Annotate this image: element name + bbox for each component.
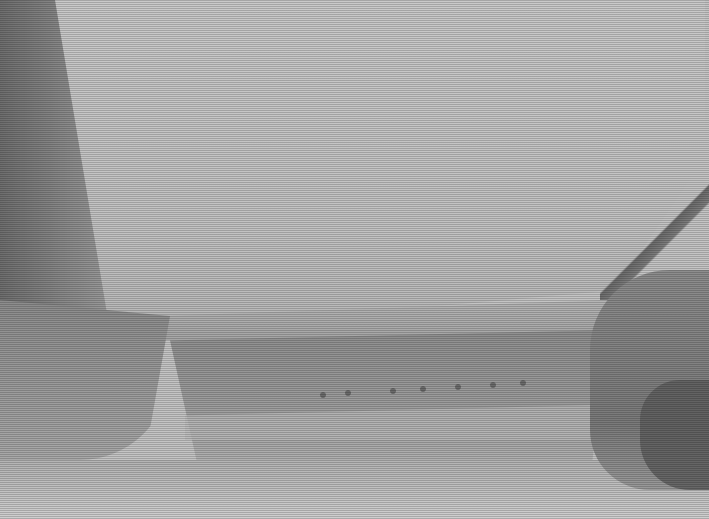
box-dot <box>320 392 326 398</box>
box-dot <box>490 382 496 388</box>
box-dot <box>390 388 396 394</box>
left-curved-object <box>0 300 170 460</box>
photo-scene <box>0 0 709 519</box>
box-dot <box>520 380 526 386</box>
floor-region <box>0 460 709 519</box>
box-dot <box>345 390 351 396</box>
box-dot <box>420 386 426 392</box>
lower-box <box>170 330 610 460</box>
box-dot <box>455 384 461 390</box>
